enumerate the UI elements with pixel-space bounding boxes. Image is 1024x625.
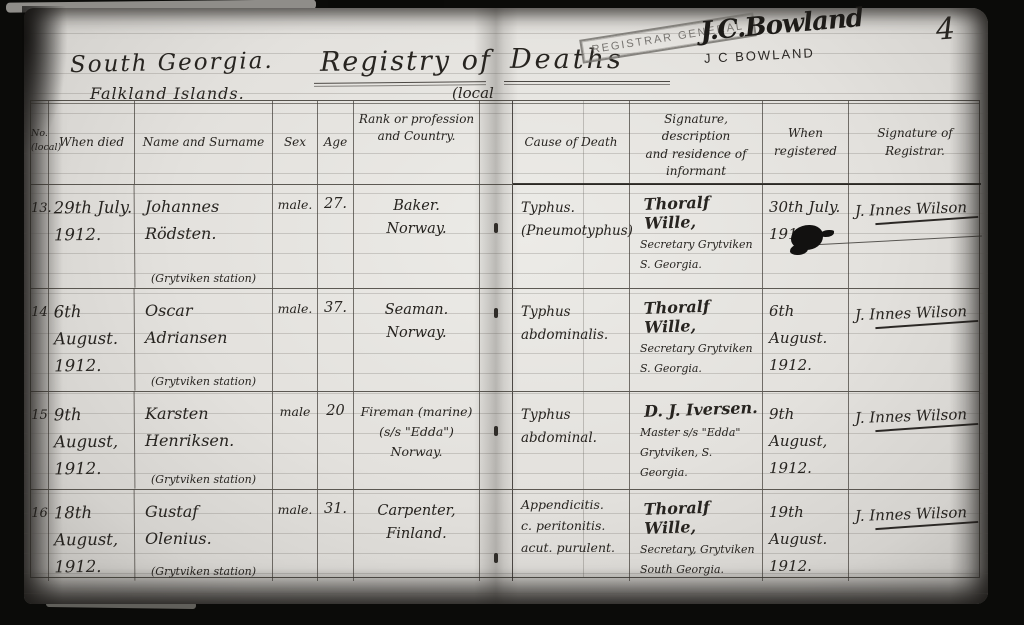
page-title: Registry of <box>320 45 492 78</box>
scanned-register-photo: South Georgia. Falkland Islands. Registr… <box>0 0 1024 625</box>
fold-gutter <box>480 392 513 489</box>
when-registered-cell: 6th August. 1912. <box>763 289 849 391</box>
registrar-signature: J. Innes Wilson <box>853 405 974 432</box>
station-note: (Grytviken station) <box>135 375 272 391</box>
when-died: 29th July. 1912. <box>49 185 136 289</box>
registrar-cell: J. Innes Wilson <box>849 490 981 581</box>
when-registered-cell: 9th August, 1912. <box>763 392 849 489</box>
deceased-name: Oscar Adriansen <box>135 289 272 351</box>
sex: male. <box>273 490 318 581</box>
deceased-name-cell: Johannes Rödsten. (Grytviken station) <box>135 185 273 288</box>
deceased-name: Karsten Henriksen. <box>135 392 272 454</box>
when-registered-cell: 19th August. 1912. <box>763 490 849 581</box>
age: 27. <box>318 185 354 288</box>
registrar-cell: J. Innes Wilson <box>849 392 981 489</box>
rank-and-country: Seaman. Norway. <box>354 289 480 391</box>
column-header-registrar: Signature of Registrar. <box>849 101 981 184</box>
ink-blot <box>791 225 823 250</box>
table-header-row: No. (local) When died Name and Surname S… <box>31 101 979 185</box>
entry-number: 15 <box>31 392 49 489</box>
entry-number: 14 <box>31 289 49 391</box>
fold-gutter <box>480 185 513 288</box>
table-row: 13. 29th July. 1912. Johannes Rödsten. (… <box>31 185 979 289</box>
deceased-name-cell: Gustaf Olenius. (Grytviken station) <box>135 490 273 581</box>
registrar-general-name: J C BOWLAND <box>704 45 815 66</box>
deaths-register-table: No. (local) When died Name and Surname S… <box>30 100 980 578</box>
deceased-name: Johannes Rödsten. <box>135 185 272 247</box>
informant-details: Secretary, Grytviken South Georgia. <box>636 536 762 580</box>
informant-signature: Thoralf Wille, <box>635 496 762 538</box>
when-registered: 19th August. 1912. <box>769 503 827 575</box>
when-registered-cell: 30th July. 1912. <box>763 185 849 288</box>
sex: male. <box>273 185 318 288</box>
age: 20 <box>318 392 354 489</box>
station-note: (Grytviken station) <box>135 473 272 489</box>
title-underline <box>504 81 670 85</box>
column-header-registered: When registered <box>763 101 849 184</box>
column-header-cause: Cause of Death <box>513 101 630 184</box>
fold-gutter <box>480 101 513 184</box>
deceased-name: Gustaf Olenius. <box>135 490 272 552</box>
rank-and-country: Baker. Norway. <box>354 185 480 288</box>
informant-details: Secretary Grytviken S. Georgia. <box>636 231 762 275</box>
informant-signature: D. J. Iversen. <box>636 398 763 421</box>
table-row: 16 18th August, 1912. Gustaf Olenius. (G… <box>31 490 979 578</box>
entry-number: 16 <box>31 490 49 581</box>
fold-gutter <box>480 490 513 581</box>
station-note: (Grytviken station) <box>135 565 272 581</box>
informant-details: Master s/s "Edda" Grytviken, S. Georgia. <box>636 419 762 482</box>
when-registered: 9th August, 1912. <box>769 405 827 477</box>
registrar-signature: J. Innes Wilson <box>853 503 974 530</box>
informant-cell: Thoralf Wille, Secretary, Grytviken Sout… <box>630 490 763 581</box>
register-page: South Georgia. Falkland Islands. Registr… <box>24 8 988 604</box>
cause-of-death: Typhus. (Pneumotyphus) <box>513 185 630 288</box>
cause-of-death: Typhus abdominalis. <box>513 289 630 391</box>
deceased-name-cell: Karsten Henriksen. (Grytviken station) <box>135 392 273 489</box>
informant-cell: D. J. Iversen. Master s/s "Edda" Grytvik… <box>630 392 763 489</box>
page-number: 4 <box>935 11 956 47</box>
informant-signature: Thoralf Wille, <box>635 191 762 233</box>
table-row: 14 6th August. 1912. Oscar Adriansen (Gr… <box>31 289 979 392</box>
cause-of-death: Appendicitis. c. peritonitis. acut. puru… <box>513 490 630 581</box>
age: 37. <box>318 289 354 391</box>
registrar-cell: J. Innes Wilson <box>849 185 981 288</box>
column-header-informant: Signature, description and residence of … <box>630 101 763 184</box>
age: 31. <box>318 490 354 581</box>
column-header-no: No. (local) <box>31 101 49 184</box>
when-registered: 6th August. 1912. <box>769 302 827 374</box>
registrar-general-signature: J.C.Bowland <box>699 3 864 47</box>
column-header-age: Age <box>318 101 354 184</box>
column-header-name: Name and Surname <box>135 101 273 184</box>
entry-number: 13. <box>31 185 49 288</box>
cause-of-death: Typhus abdominal. <box>513 392 630 489</box>
informant-cell: Thoralf Wille, Secretary Grytviken S. Ge… <box>630 185 763 288</box>
station-note: (Grytviken station) <box>135 272 272 288</box>
registrar-signature: J. Innes Wilson <box>853 302 974 329</box>
sex: male. <box>273 289 318 391</box>
registrar-signature: J. Innes Wilson <box>853 198 974 225</box>
registrar-cell: J. Innes Wilson <box>849 289 981 391</box>
table-row: 15 9th August, 1912. Karsten Henriksen. … <box>31 392 979 490</box>
column-header-sex: Sex <box>273 101 318 184</box>
informant-details: Secretary Grytviken S. Georgia. <box>636 335 762 379</box>
deceased-name-cell: Oscar Adriansen (Grytviken station) <box>135 289 273 391</box>
when-died: 18th August, 1912. <box>49 490 136 581</box>
column-header-rank: Rank or profession and Country. <box>354 101 480 184</box>
informant-signature: Thoralf Wille, <box>635 295 762 337</box>
informant-cell: Thoralf Wille, Secretary Grytviken S. Ge… <box>630 289 763 391</box>
fold-gutter <box>480 289 513 391</box>
rank-and-country: Fireman (marine) (s/s "Edda") Norway. <box>354 392 480 489</box>
rank-and-country: Carpenter, Finland. <box>354 490 480 581</box>
sex: male <box>273 392 318 489</box>
region-name: South Georgia. <box>70 48 274 78</box>
when-died: 6th August. 1912. <box>49 289 136 392</box>
when-died: 9th August, 1912. <box>49 392 136 490</box>
column-header-when-died: When died <box>49 101 135 184</box>
